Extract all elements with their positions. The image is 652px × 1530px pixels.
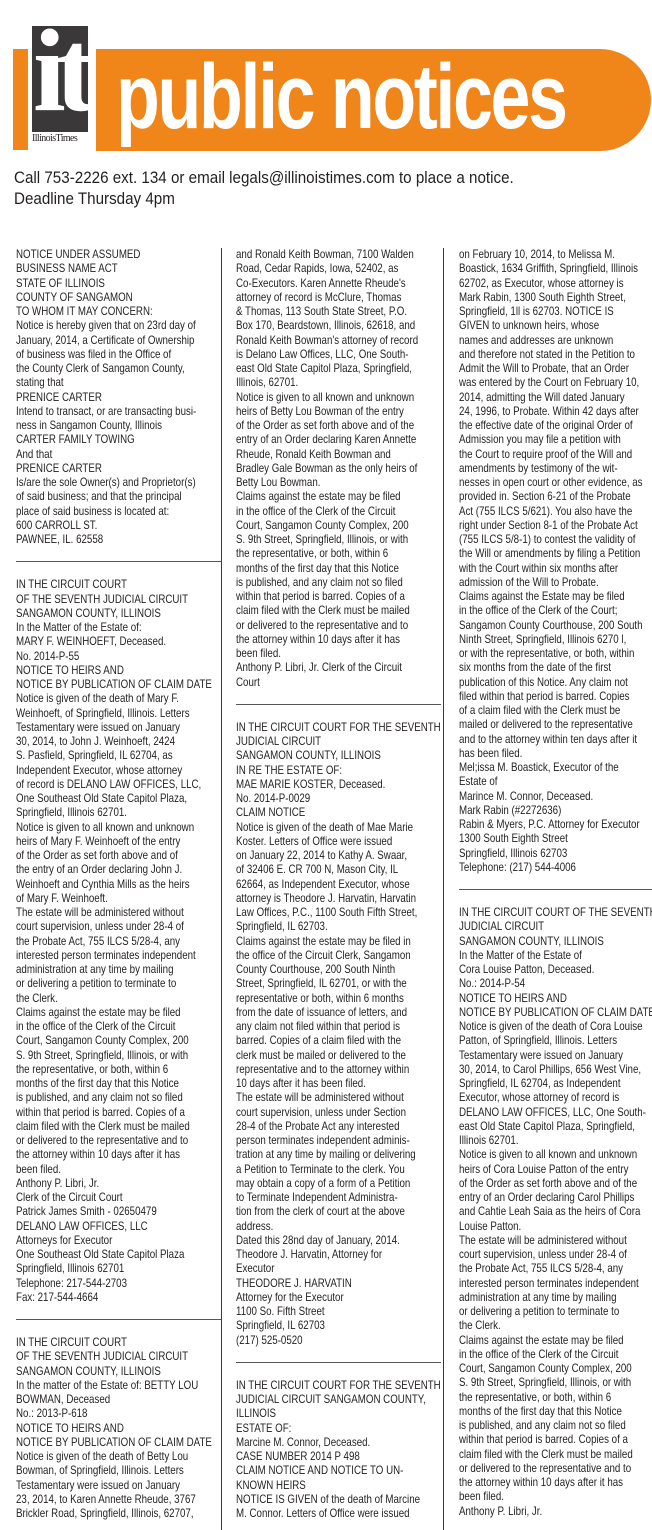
page-title: public notices (116, 45, 566, 151)
notice-line: administration at any time by mailing (16, 963, 222, 977)
deadline-line: Deadline Thursday 4pm (14, 189, 514, 210)
notice-line: In the Matter of the Estate of (459, 949, 652, 963)
notice-line: (217) 525-0520 (236, 1334, 442, 1348)
notice-line: IN RE THE ESTATE OF: (236, 764, 442, 778)
notice-line: ILLINOIS (236, 1407, 442, 1421)
notice-line: Marince M. Connor, Deceased. (459, 790, 652, 804)
notice-line: a Petition to Terminate to the clerk. Yo… (236, 1163, 442, 1177)
notice-line: tion from the clerk of court at the abov… (236, 1205, 442, 1219)
notice-line: Is/are the sole Owner(s) and Proprietor(… (16, 476, 222, 490)
notice-line: The estate will be administered without (16, 906, 222, 920)
notice-line: was entered by the Court on February 10, (459, 376, 652, 390)
notice-line: 600 CARROLL ST. (16, 519, 222, 533)
notice-line: In the matter of the Estate of: BETTY LO… (16, 1379, 222, 1393)
notice-line: Independent Executor, whose attorney (16, 764, 222, 778)
notice-line: M. Connor. Letters of Office were issued (236, 1507, 442, 1521)
notice-line: of the Order as set forth above and of t… (236, 419, 442, 433)
notice-line: barred. Copies of a claim filed with the (236, 1034, 442, 1048)
notice-line: of 32406 E. CR 700 N, Mason City, IL (236, 863, 442, 877)
notice-line: heirs of Cora Louise Patton of the entry (459, 1163, 652, 1177)
notice-line: STATE OF ILLINOIS (16, 277, 222, 291)
notice-line: 2014, admitting the Will dated January (459, 391, 652, 405)
notice-line: 30, 2014, to John J. Weinhoeft, 2424 (16, 735, 222, 749)
notice-line: Court, Sangamon County Complex, 200 (16, 1034, 222, 1048)
notice-line: Court (236, 676, 442, 690)
notice-line: One Southeast Old State Capitol Plaza, (16, 792, 222, 806)
legal-notice: on February 10, 2014, to Melissa M.Boast… (459, 248, 652, 875)
notice-line: Notice is given of the death of Betty Lo… (16, 1450, 222, 1464)
notice-line: Illinois 62701. (459, 1134, 652, 1148)
notice-line: months of the first day that this Notice (236, 562, 442, 576)
notice-line: Law Offices, P.C., 1100 South Fifth Stre… (236, 906, 442, 920)
masthead-left-bar (13, 49, 28, 150)
notice-line: Cora Louise Patton, Deceased. (459, 963, 652, 977)
notice-line: S. 9th Street, Springfield, Illinois, or… (459, 1376, 652, 1390)
notice-line: Rabin & Myers, P.C. Attorney for Executo… (459, 818, 652, 832)
notice-line: PRENICE CARTER (16, 391, 222, 405)
notice-line: Claims against the estate may be filed i… (236, 935, 442, 949)
notice-line: SANGAMON COUNTY, ILLINOIS (16, 607, 222, 621)
notice-line: Anthony P. Libri, Jr. Clerk of the Circu… (236, 661, 442, 675)
notice-line: right under Section 8-1 of the Probate A… (459, 519, 652, 533)
notice-line: attorney of record is McClure, Thomas (236, 291, 442, 305)
notice-line: 24, 1996, to Probate. Within 42 days aft… (459, 405, 652, 419)
notice-line: S. Pasfield, Springfield, IL 62704, as (16, 749, 222, 763)
notice-line: ness in Sangamon County, Illinois (16, 419, 222, 433)
notice-line: Springfield, 1ll is 62703. NOTICE IS (459, 305, 652, 319)
notice-line: of said business; and that the principal (16, 490, 222, 504)
illinois-times-logo: it IllinoisTimes (32, 26, 88, 150)
notice-line: Telephone: 217-544-2703 (16, 1277, 222, 1291)
notice-line: No.: 2013-P-618 (16, 1407, 222, 1421)
notice-line: claim filed with the Clerk must be maile… (16, 1120, 222, 1134)
notice-line: of a claim filed with the Clerk must be (459, 704, 652, 718)
column-3: on February 10, 2014, to Melissa M.Boast… (459, 248, 652, 1530)
notice-line: Mel;issa M. Boastick, Executor of the (459, 761, 652, 775)
notice-line: nesses in open court or other evidence, … (459, 476, 652, 490)
notice-line: provided in. Section 6-21 of the Probate (459, 490, 652, 504)
notice-line: has been filed. (459, 747, 652, 761)
notice-line: may obtain a copy of a form of a Petitio… (236, 1177, 442, 1191)
notice-line: Dated this 28nd day of January, 2014. (236, 1234, 442, 1248)
notice-line: Ninth Street, Springfield, Illinois 6270… (459, 633, 652, 647)
notice-line: and to the attorney within ten days afte… (459, 733, 652, 747)
notice-line: S. 9th Street, Springfield, Illinois, or… (16, 1049, 222, 1063)
notice-line: place of said business is located at: (16, 505, 222, 519)
notice-line: 62702, as Executor, whose attorney is (459, 277, 652, 291)
notice-line: January, 2014, a Certificate of Ownershi… (16, 334, 222, 348)
notice-line: tration at any time by mailing or delive… (236, 1148, 442, 1162)
notice-line: Executor (236, 1262, 442, 1276)
notice-line: The estate will be administered without (459, 1234, 652, 1248)
notice-line: Claims against the Estate may be filed (459, 590, 652, 604)
notice-line: representative or both, within 6 months (236, 992, 442, 1006)
notice-line: the Probate Act, 755 ILCS 5/28-4, any (16, 935, 222, 949)
notice-line: months of the first day that this Notice (459, 1405, 652, 1419)
notice-line: S. 9th Street, Springfield, Illinois, or… (236, 533, 442, 547)
notice-separator (16, 1319, 221, 1320)
notice-line: Clerk of the Circuit Court (16, 1191, 222, 1205)
notice-line: SANGAMON COUNTY, ILLINOIS (16, 1365, 222, 1379)
notice-line: Attorney for the Executor (236, 1291, 442, 1305)
notice-line: claim filed with the Clerk must be maile… (459, 1448, 652, 1462)
notice-line: Road, Cedar Rapids, Iowa, 52402, as (236, 262, 442, 276)
notice-line: been filed. (16, 1163, 222, 1177)
notice-separator (16, 561, 221, 562)
notice-line: CARTER FAMILY TOWING (16, 433, 222, 447)
notice-line: NOTICE IS GIVEN of the death of Marcine (236, 1493, 442, 1507)
notice-line: Springfield, IL 62704, as Independent (459, 1077, 652, 1091)
legal-notice: and Ronald Keith Bowman, 7100 WaldenRoad… (236, 248, 442, 690)
notice-line: NOTICE BY PUBLICATION OF CLAIM DATE (459, 1006, 652, 1020)
notice-line: IN THE CIRCUIT COURT (16, 1336, 222, 1350)
logo-it-glyph: it (33, 26, 85, 130)
notice-line: is published, and any claim not so filed (459, 1419, 652, 1433)
notice-line: to Terminate Independent Administra- (236, 1191, 442, 1205)
notice-line: Patton, of Springfield, Illinois. Letter… (459, 1034, 652, 1048)
notice-line: or delivering a petition to terminate to (459, 1305, 652, 1319)
legal-notice: IN THE CIRCUIT COURT FOR THE SEVENTHJUDI… (236, 721, 442, 1348)
notice-line: THEODORE J. HARVATIN (236, 1277, 442, 1291)
notice-line: 1300 South Eighth Street (459, 832, 652, 846)
notice-line: IN THE CIRCUIT COURT FOR THE SEVENTH (236, 1379, 442, 1393)
notice-line: or delivered to the representative and t… (236, 619, 442, 633)
notice-line: person terminates independent adminis- (236, 1134, 442, 1148)
notice-columns: NOTICE UNDER ASSUMEDBUSINESS NAME ACTSTA… (0, 248, 652, 1530)
notice-line: the effective date of the original Order… (459, 419, 652, 433)
notice-line: within that period is barred. Copies of … (16, 1106, 222, 1120)
logo-it-mark: it (32, 26, 88, 132)
notice-line: Mark Rabin (#2272636) (459, 804, 652, 818)
notice-line: court supervision, unless under Section (236, 1106, 442, 1120)
notice-line: Marcine M. Connor, Deceased. (236, 1436, 442, 1450)
notice-line: Notice is given of the death of Mae Mari… (236, 821, 442, 835)
notice-line: within that period is barred. Copies of … (236, 590, 442, 604)
notice-line: Notice is given to all known and unknown (16, 821, 222, 835)
notice-line: Co-Executors. Karen Annette Rheude's (236, 277, 442, 291)
notice-line: Louise Patton. (459, 1220, 652, 1234)
notice-line: Betty Lou Bowman. (236, 476, 442, 490)
notice-line: 62664, as Independent Executor, whose (236, 878, 442, 892)
notice-line: NOTICE BY PUBLICATION OF CLAIM DATE (16, 678, 222, 692)
notice-line: in the office of the Clerk of the Circui… (16, 1020, 222, 1034)
notice-line: six months from the date of the first (459, 661, 652, 675)
notice-line: Admit the Will to Probate, that an Order (459, 362, 652, 376)
notice-line: Springfield, IL 62703. (236, 920, 442, 934)
notice-line: NOTICE TO HEIRS AND (16, 664, 222, 678)
notice-line: OF THE SEVENTH JUDICIAL CIRCUIT (16, 1350, 222, 1364)
notice-line: PRENICE CARTER (16, 462, 222, 476)
notice-line: the attorney within 10 days after it has (459, 1476, 652, 1490)
notice-line: MAE MARIE KOSTER, Deceased. (236, 778, 442, 792)
notice-line: months of the first day that this Notice (16, 1077, 222, 1091)
notice-line: and Ronald Keith Bowman, 7100 Walden (236, 248, 442, 262)
notice-line: of the Order as set forth above and of t… (459, 1177, 652, 1191)
notice-line: JUDICIAL CIRCUIT (459, 920, 652, 934)
notice-line: east Old State Capitol Plaza, Springfiel… (459, 1120, 652, 1134)
notice-line: Weinhoeft and Cynthia Mills as the heirs (16, 878, 222, 892)
notice-line: court supervision, unless under 28-4 of (16, 920, 222, 934)
notice-line: SANGAMON COUNTY, ILLINOIS (236, 749, 442, 763)
notice-line: Bradley Gale Bowman as the only heirs of (236, 462, 442, 476)
notice-line: of the Order as set forth above and of (16, 849, 222, 863)
notice-line: the Clerk. (16, 992, 222, 1006)
notice-line: amendments by testimony of the wit- (459, 462, 652, 476)
notice-line: DELANO LAW OFFICES, LLC (16, 1220, 222, 1234)
notice-line: Weinhoeft, of Springfield, Illinois. Let… (16, 707, 222, 721)
legal-notice: IN THE CIRCUIT COURTOF THE SEVENTH JUDIC… (16, 578, 222, 1305)
notice-line: heirs of Betty Lou Bowman of the entry (236, 405, 442, 419)
notice-line: JUDICIAL CIRCUIT (236, 735, 442, 749)
notice-line: IN THE CIRCUIT COURT (16, 578, 222, 592)
notice-line: No.: 2014-P-54 (459, 977, 652, 991)
notice-line: admission of the Will to Probate. (459, 576, 652, 590)
title-banner: public notices (96, 49, 651, 151)
notice-line: GIVEN to unknown heirs, whose (459, 319, 652, 333)
column-2: and Ronald Keith Bowman, 7100 WaldenRoad… (236, 248, 442, 1530)
notice-line: CLAIM NOTICE (236, 806, 442, 820)
notice-line: One Southeast Old State Capitol Plaza (16, 1248, 222, 1262)
notice-line: Attorneys for Executor (16, 1234, 222, 1248)
notice-line: TO WHOM IT MAY CONCERN: (16, 305, 222, 319)
notice-line: in the office of the Clerk of the Circui… (459, 1348, 652, 1362)
notice-line: the entry of an Order declaring John J. (16, 863, 222, 877)
notice-line: of record is DELANO LAW OFFICES, LLC, (16, 778, 222, 792)
notice-line: with the Court within six months after (459, 562, 652, 576)
notice-line: entry of an Order declaring Carol Philli… (459, 1191, 652, 1205)
notice-line: Fax: 217-544-4664 (16, 1291, 222, 1305)
notice-line: BOWMAN, Deceased (16, 1393, 222, 1407)
notice-line: Admission you may file a petition with (459, 433, 652, 447)
notice-line: NOTICE TO HEIRS AND (459, 992, 652, 1006)
notice-line: Anthony P. Libri, Jr. (459, 1505, 652, 1519)
notice-line: is published, and any claim not so filed (16, 1091, 222, 1105)
notice-line: Notice is given to all known and unknown (459, 1148, 652, 1162)
notice-line: Bowman, of Springfield, Illinois. Letter… (16, 1464, 222, 1478)
notice-line: on January 22, 2014 to Kathy A. Swaar, (236, 849, 442, 863)
notice-line: attorney is Theodore J. Harvatin, Harvat… (236, 892, 442, 906)
legal-notice: IN THE CIRCUIT COURT OF THE SEVENTHJUDIC… (459, 906, 652, 1519)
notice-line: Rheude, Ronald Keith Bowman and (236, 448, 442, 462)
notice-line: No. 2014-P-55 (16, 650, 222, 664)
notice-line: Testamentary were issued on January (16, 721, 222, 735)
notice-line: 1100 So. Fifth Street (236, 1305, 442, 1319)
notice-line: The estate will be administered without (236, 1091, 442, 1105)
notice-line: any claim not filed within that period i… (236, 1020, 442, 1034)
notice-line: 23, 2014, to Karen Annette Rheude, 3767 (16, 1493, 222, 1507)
notice-line: Testamentary were issued on January (459, 1049, 652, 1063)
notice-line: the County Clerk of Sangamon County, (16, 362, 222, 376)
notice-line: CASE NUMBER 2014 P 498 (236, 1450, 442, 1464)
notice-line: NOTICE BY PUBLICATION OF CLAIM DATE (16, 1436, 222, 1450)
notice-line: COUNTY OF SANGAMON (16, 291, 222, 305)
notice-line: Notice is given of the death of Mary F. (16, 692, 222, 706)
notice-line: or delivering a petition to terminate to (16, 977, 222, 991)
notice-line: NOTICE TO HEIRS AND (16, 1422, 222, 1436)
notice-line: And that (16, 448, 222, 462)
notice-line: the Probate Act, 755 ILCS 5/28-4, any (459, 1262, 652, 1276)
notice-line: & Thomas, 113 South State Street, P.O. (236, 305, 442, 319)
notice-line: County Courthouse, 200 South Ninth (236, 963, 442, 977)
notice-line: the Clerk. (459, 1319, 652, 1333)
logo-wordmark: IllinoisTimes (32, 133, 90, 144)
notice-separator (236, 704, 441, 705)
notice-line: Court, Sangamon County Complex, 200 (236, 519, 442, 533)
notice-line: Springfield, Illinois 62701. (16, 806, 222, 820)
notice-line: Claims against the estate may be filed (459, 1334, 652, 1348)
notice-line: KNOWN HEIRS (236, 1479, 442, 1493)
notice-line: names and addresses are unknown (459, 334, 652, 348)
notice-line: the Court to require proof of the Will a… (459, 448, 652, 462)
notice-line: and therefore not stated in the Petition… (459, 348, 652, 362)
notice-line: Boastick, 1634 Griffith, Springfield, Il… (459, 262, 652, 276)
notice-line: NOTICE UNDER ASSUMED (16, 248, 222, 262)
notice-line: Act (755 ILCS 5/621). You also have the (459, 505, 652, 519)
notice-line: 30, 2014, to Carol Phillips, 656 West Vi… (459, 1063, 652, 1077)
notice-line: the representative, or both, within 6 (459, 1391, 652, 1405)
notice-line: the Will or amendments by filing a Petit… (459, 547, 652, 561)
notice-line: of business was filed in the Office of (16, 348, 222, 362)
notice-line: Mark Rabin, 1300 South Eighth Street, (459, 291, 652, 305)
notice-line: on February 10, 2014, to Melissa M. (459, 248, 652, 262)
notice-separator (236, 1362, 441, 1363)
notice-line: DELANO LAW OFFICES, LLC, One South- (459, 1106, 652, 1120)
notice-line: filed within that period is barred. Copi… (459, 690, 652, 704)
notice-line: IN THE CIRCUIT COURT FOR THE SEVENTH (236, 721, 442, 735)
contact-line: Call 753-2226 ext. 134 or email legals@i… (14, 168, 514, 189)
notice-line: administration at any time by mailing (459, 1291, 652, 1305)
notice-line: Sangamon County Courthouse, 200 South (459, 619, 652, 633)
notice-line: ESTATE OF: (236, 1422, 442, 1436)
notice-line: 10 days after it has been filed. (236, 1077, 442, 1091)
notice-line: JUDICIAL CIRCUIT SANGAMON COUNTY, (236, 1393, 442, 1407)
notice-line: No. 2014-P-0029 (236, 792, 442, 806)
notice-line: Telephone: (217) 544-4006 (459, 861, 652, 875)
notice-line: is published, and any claim not so filed (236, 576, 442, 590)
notice-line: heirs of Mary F. Weinhoeft of the entry (16, 835, 222, 849)
notice-line: claim filed with the Clerk must be maile… (236, 604, 442, 618)
notice-line: entry of an Order declaring Karen Annett… (236, 433, 442, 447)
notice-line: in the office of the Clerk of the Court; (459, 604, 652, 618)
notice-line: the representative, or both, within 6 (236, 547, 442, 561)
notice-line: (755 ILCS 5/8-1) to contest the validity… (459, 533, 652, 547)
notice-line: CLAIM NOTICE AND NOTICE TO UN- (236, 1464, 442, 1478)
notice-line: Theodore J. Harvatin, Attorney for (236, 1248, 442, 1262)
notice-line: Brickler Road, Springfield, Illinois, 62… (16, 1507, 222, 1521)
notice-line: mailed or delivered to the representativ… (459, 718, 652, 732)
notice-line: PAWNEE, IL. 62558 (16, 533, 222, 547)
notice-line: or delivered to the representative and t… (16, 1134, 222, 1148)
column-1: NOTICE UNDER ASSUMEDBUSINESS NAME ACTSTA… (16, 248, 222, 1530)
notice-line: Springfield, Illinois 62703 (459, 847, 652, 861)
notice-line: Notice is given to all known and unknown (236, 391, 442, 405)
notice-line: publication of this Notice. Any claim no… (459, 676, 652, 690)
notice-line: Box 170, Beardstown, Illinois, 62618, an… (236, 319, 442, 333)
legal-notice: IN THE CIRCUIT COURT FOR THE SEVENTHJUDI… (236, 1379, 442, 1522)
notice-line: east Old State Capitol Plaza, Springfiel… (236, 362, 442, 376)
notice-line: stating that (16, 376, 222, 390)
notice-line: clerk must be mailed or delivered to the (236, 1049, 442, 1063)
notice-line: MARY F. WEINHOEFT, Deceased. (16, 635, 222, 649)
notice-line: of Mary F. Weinhoeft. (16, 892, 222, 906)
notice-line: the attorney within 10 days after it has (236, 633, 442, 647)
notice-line: the attorney within 10 days after it has (16, 1148, 222, 1162)
notice-line: SANGAMON COUNTY, ILLINOIS (459, 935, 652, 949)
notice-line: the office of the Circuit Clerk, Sangamo… (236, 949, 442, 963)
notice-line: Koster. Letters of Office were issued (236, 835, 442, 849)
notice-line: been filed. (236, 647, 442, 661)
notice-line: Springfield, IL 62703 (236, 1319, 442, 1333)
notice-line: Claims against the estate may be filed (16, 1006, 222, 1020)
column-divider (443, 248, 444, 1530)
notice-line: Intend to transact, or are transacting b… (16, 405, 222, 419)
notice-line: Executor, whose attorney of record is (459, 1091, 652, 1105)
notice-line: Estate of (459, 775, 652, 789)
notice-line: interested person terminates independent (459, 1277, 652, 1291)
notice-line: Notice is hereby given that on 23rd day … (16, 319, 222, 333)
notice-line: representative and to the attorney withi… (236, 1063, 442, 1077)
notice-line: Ronald Keith Bowman's attorney of record (236, 334, 442, 348)
notice-line: been filed. (459, 1490, 652, 1504)
notice-line: within that period is barred. Copies of … (459, 1433, 652, 1447)
notice-line: In the Matter of the Estate of: (16, 621, 222, 635)
notice-line: Claims against the estate may be filed (236, 490, 442, 504)
notice-line: and Cahtie Leah Saia as the heirs of Cor… (459, 1205, 652, 1219)
notice-line: Notice is given of the death of Cora Lou… (459, 1020, 652, 1034)
notice-line: Court, Sangamon County Complex, 200 (459, 1362, 652, 1376)
notice-line: OF THE SEVENTH JUDICIAL CIRCUIT (16, 593, 222, 607)
notice-line: is Delano Law Offices, LLC, One South- (236, 348, 442, 362)
notice-line: or with the representative, or both, wit… (459, 647, 652, 661)
notice-line: address. (236, 1220, 442, 1234)
legal-notice: IN THE CIRCUIT COURTOF THE SEVENTH JUDIC… (16, 1336, 222, 1521)
notice-line: Testamentary were issued on January (16, 1479, 222, 1493)
legal-notice: NOTICE UNDER ASSUMEDBUSINESS NAME ACTSTA… (16, 248, 222, 547)
notice-line: the representative, or both, within 6 (16, 1063, 222, 1077)
notice-line: in the office of the Clerk of the Circui… (236, 505, 442, 519)
notice-separator (459, 889, 652, 890)
notice-line: from the date of issuance of letters, an… (236, 1006, 442, 1020)
notice-line: court supervision, unless under 28-4 of (459, 1248, 652, 1262)
notice-line: Springfield, Illinois 62701 (16, 1262, 222, 1276)
notice-line: IN THE CIRCUIT COURT OF THE SEVENTH (459, 906, 652, 920)
notice-line: Patrick James Smith - 02650479 (16, 1205, 222, 1219)
notice-line: BUSINESS NAME ACT (16, 262, 222, 276)
notice-line: Anthony P. Libri, Jr. (16, 1177, 222, 1191)
notice-line: interested person terminates independent (16, 949, 222, 963)
notice-line: or delivered to the representative and t… (459, 1462, 652, 1476)
masthead: it IllinoisTimes public notices (0, 0, 652, 160)
notice-line: Illinois, 62701. (236, 376, 442, 390)
notice-line: 28-4 of the Probate Act any interested (236, 1120, 442, 1134)
contact-info: Call 753-2226 ext. 134 or email legals@i… (14, 168, 514, 210)
notice-line: Street, Springfield, IL 62701, or with t… (236, 977, 442, 991)
